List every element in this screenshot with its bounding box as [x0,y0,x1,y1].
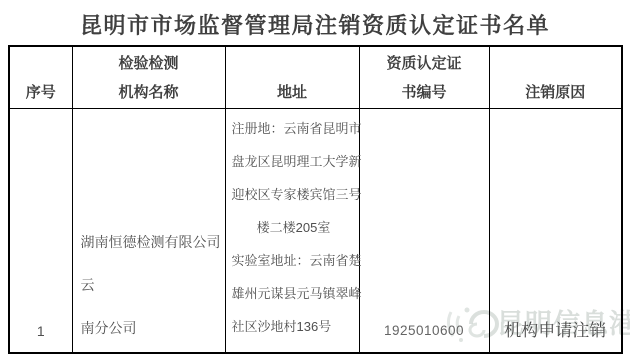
address-line: 迎校区专家楼宾馆三号 [232,178,356,211]
address-line: 盘龙区昆明理工大学新 [232,145,356,178]
cell-address: 注册地：云南省昆明市 盘龙区昆明理工大学新 迎校区专家楼宾馆三号 楼二楼205室… [225,109,359,354]
address-line: 实验室地址：云南省楚 [232,244,356,277]
cancellation-certificate-table: 序号 检验检测 机构名称 地址 资质认定证 书编号 注销原因 1 湖南恒德检测有… [8,45,623,354]
header-cell-name: 检验检测 机构名称 [72,46,225,109]
header-row: 序号 检验检测 机构名称 地址 资质认定证 书编号 注销原因 [9,46,622,109]
cell-seq: 1 [9,109,72,354]
page-title: 昆明市市场监督管理局注销资质认定证书名单 [0,9,630,40]
address-line: 社区沙地村136号 [232,310,356,343]
header-cell-cert: 资质认定证 书编号 [359,46,489,109]
cell-cancellation-reason: 机构申请注销 [489,109,622,354]
table-row: 1 湖南恒德检测有限公司云 南分公司 注册地：云南省昆明市 盘龙区昆明理工大学新… [9,109,622,354]
address-line: 注册地：云南省昆明市 [232,112,356,145]
cell-institution-name: 湖南恒德检测有限公司云 南分公司 [72,109,225,354]
header-cell-reason: 注销原因 [489,46,622,109]
header-cell-address: 地址 [225,46,359,109]
header-cell-seq: 序号 [9,46,72,109]
cell-certificate-number: 1925010600 [359,109,489,354]
address-line: 雄州元谋县元马镇翠峰 [232,277,356,310]
address-line: 楼二楼205室 [232,211,356,244]
